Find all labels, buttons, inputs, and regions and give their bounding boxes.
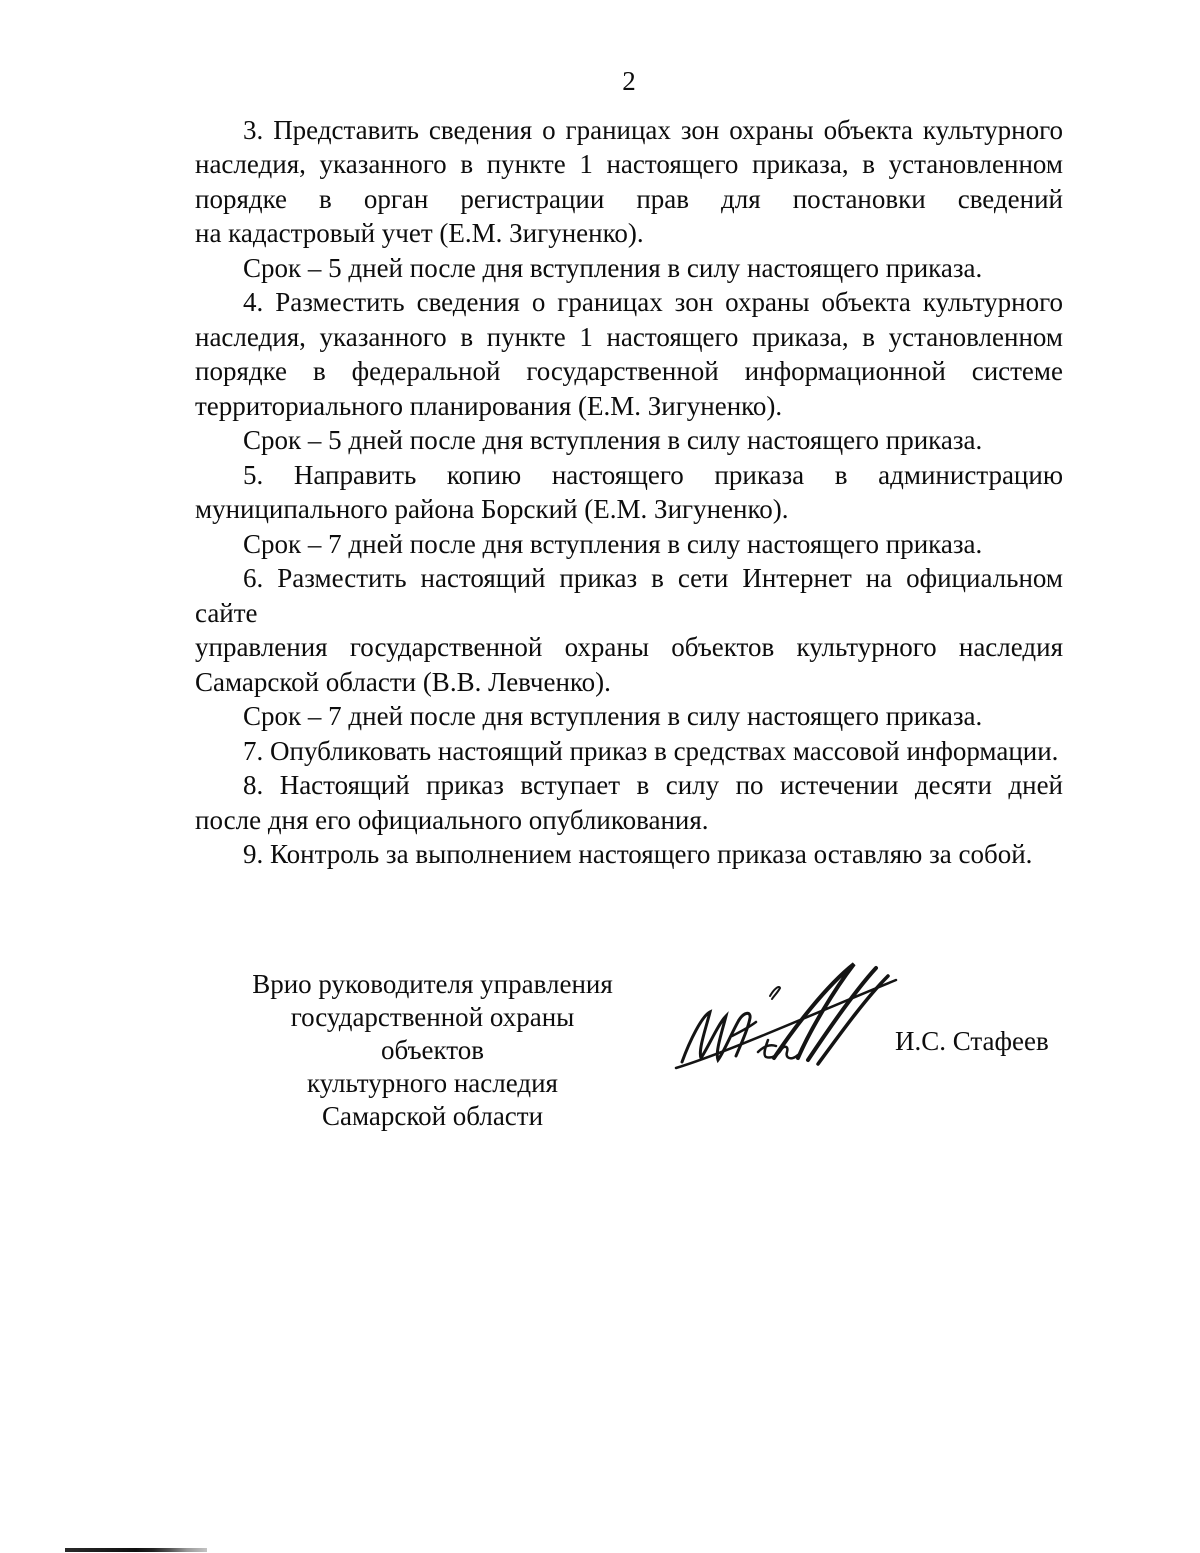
document-content: 2 3. Представить сведения о границах зон… — [195, 64, 1063, 1130]
paragraph: 9. Контроль за выполнением настоящего пр… — [195, 837, 1063, 872]
paragraph: 6. Разместить настоящий приказ в сети Ин… — [195, 561, 1063, 699]
document-body: 3. Представить сведения о границах зон о… — [195, 113, 1063, 872]
text-line: 4. Разместить сведения о границах зон ох… — [195, 285, 1063, 320]
signatory-title-line: Самарской области — [240, 1100, 625, 1133]
paragraph: 5. Направить копию настоящего приказа в … — [195, 458, 1063, 527]
paragraph: Срок – 7 дней после дня вступления в сил… — [195, 527, 1063, 562]
signature-scrawl — [668, 956, 908, 1088]
text-line: Срок – 5 дней после дня вступления в сил… — [195, 423, 1063, 458]
text-line: 6. Разместить настоящий приказ в сети Ин… — [195, 561, 1063, 630]
page-number: 2 — [195, 64, 1063, 99]
paragraph: 3. Представить сведения о границах зон о… — [195, 113, 1063, 251]
signatory-title-line: культурного наследия — [240, 1067, 625, 1100]
paragraph: Срок – 5 дней после дня вступления в сил… — [195, 423, 1063, 458]
document-page: 2 3. Представить сведения о границах зон… — [0, 0, 1200, 1553]
text-line: наследия, указанного в пункте 1 настояще… — [195, 147, 1063, 182]
text-line: 7. Опубликовать настоящий приказ в средс… — [195, 734, 1063, 769]
signature-block: Врио руководителя управлениягосударствен… — [195, 970, 1063, 1130]
paragraph: Срок – 5 дней после дня вступления в сил… — [195, 251, 1063, 286]
text-line: наследия, указанного в пункте 1 настояще… — [195, 320, 1063, 355]
text-line: Срок – 5 дней после дня вступления в сил… — [195, 251, 1063, 286]
scan-artifact-line — [65, 1548, 207, 1552]
text-line: 5. Направить копию настоящего приказа в … — [195, 458, 1063, 493]
signatory-title-line: государственной охраны объектов — [240, 1001, 625, 1067]
text-line: Срок – 7 дней после дня вступления в сил… — [195, 699, 1063, 734]
text-line: территориального планирования (Е.М. Зигу… — [195, 389, 1063, 424]
paragraph: 8. Настоящий приказ вступает в силу по и… — [195, 768, 1063, 837]
text-line: 8. Настоящий приказ вступает в силу по и… — [195, 768, 1063, 803]
text-line: порядке в федеральной государственной ин… — [195, 354, 1063, 389]
paragraph: 7. Опубликовать настоящий приказ в средс… — [195, 734, 1063, 769]
signatory-name: И.С. Стафеев — [895, 1026, 1049, 1057]
text-line: управления государственной охраны объект… — [195, 630, 1063, 665]
paragraph: Срок – 7 дней после дня вступления в сил… — [195, 699, 1063, 734]
signatory-titles: Врио руководителя управлениягосударствен… — [240, 968, 625, 1133]
text-line: Срок – 7 дней после дня вступления в сил… — [195, 527, 1063, 562]
text-line: на кадастровый учет (Е.М. Зигуненко). — [195, 216, 1063, 251]
text-line: 9. Контроль за выполнением настоящего пр… — [195, 837, 1063, 872]
text-line: Самарской области (В.В. Левченко). — [195, 665, 1063, 700]
text-line: 3. Представить сведения о границах зон о… — [195, 113, 1063, 148]
signatory-title-line: Врио руководителя управления — [240, 968, 625, 1001]
text-line: после дня его официального опубликования… — [195, 803, 1063, 838]
text-line: муниципального района Борский (Е.М. Зигу… — [195, 492, 1063, 527]
paragraph: 4. Разместить сведения о границах зон ох… — [195, 285, 1063, 423]
text-line: порядке в орган регистрации прав для пос… — [195, 182, 1063, 217]
